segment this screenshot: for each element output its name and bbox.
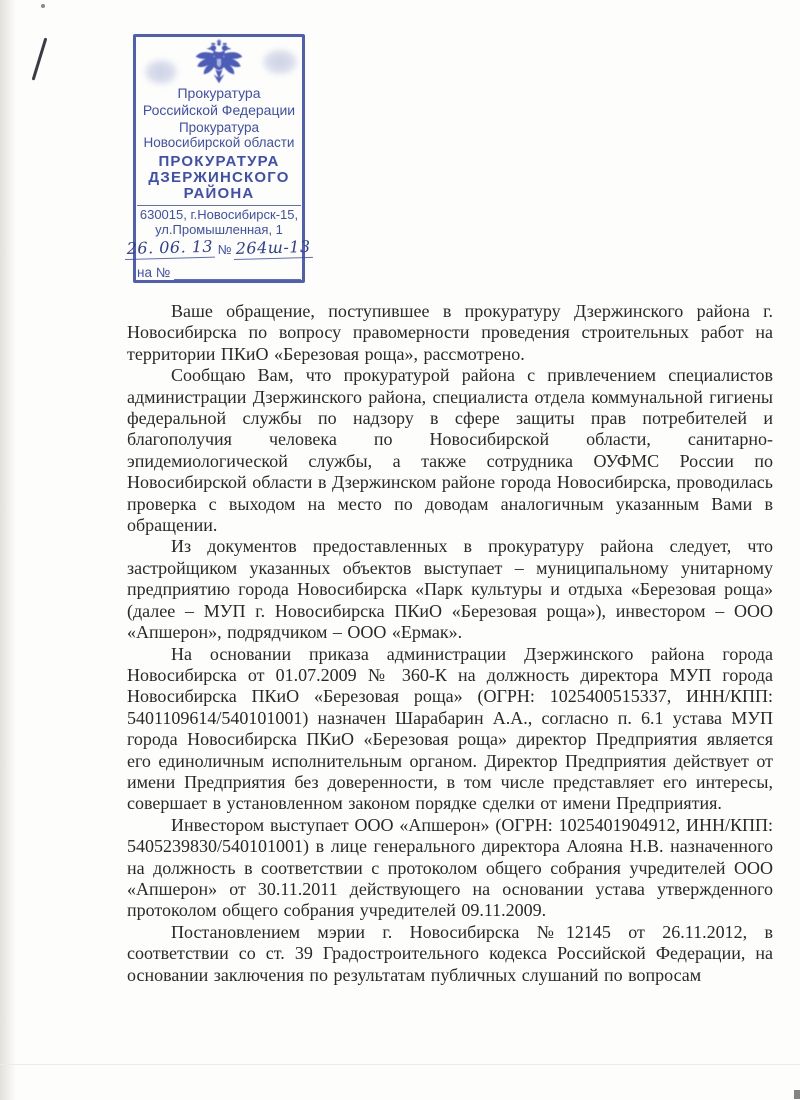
- handwritten-number: 264ш-13: [233, 238, 312, 260]
- stamp-org-line: Прокуратура: [179, 120, 259, 136]
- paragraph-4: На основании приказа администрации Дзерж…: [127, 644, 773, 815]
- stamp-dept-line: ДЗЕРЖИНСКОГО: [148, 170, 289, 186]
- double-headed-eagle-icon: [191, 39, 247, 85]
- stamp-dept-line: РАЙОНА: [184, 186, 255, 202]
- letter-body: Ваше обращение, поступившее в прокуратур…: [127, 301, 773, 986]
- handwritten-date: 26. 06. 13: [125, 238, 216, 260]
- stamp-org-line: Новосибирской области: [144, 135, 295, 151]
- scan-edge-shadow: [0, 0, 18, 1100]
- reference-label: на №: [137, 265, 174, 280]
- paragraph-3: Из документов предоставленных в прокурат…: [127, 536, 773, 643]
- paragraph-2: Сообщаю Вам, что прокуратурой района с п…: [127, 365, 773, 536]
- scan-artifact-corner: [794, 1090, 800, 1099]
- stamp-divider: [137, 205, 301, 206]
- stamp-reference-row: на №: [137, 263, 301, 280]
- scan-speck: [41, 4, 45, 8]
- stamp-smudge-left: [144, 59, 178, 85]
- stamp-dept-line: ПРОКУРАТУРА: [158, 154, 279, 170]
- stamp-date-number-row: 26. 06. 13 № 264ш-13: [136, 239, 302, 260]
- stamp-address-line: ул.Промышленная, 1: [155, 223, 283, 238]
- number-sign-label: №: [216, 242, 234, 260]
- scan-artifact-line: [0, 1064, 800, 1065]
- scanned-letter-page: Прокуратура Российской Федерации Прокура…: [0, 0, 800, 1100]
- pen-slash-mark: [32, 38, 47, 81]
- stamp-org-line: Российской Федерации: [143, 102, 295, 118]
- paragraph-6: Постановлением мэрии г. Новосибирска №12…: [127, 922, 773, 986]
- reference-blank-line: [174, 266, 301, 280]
- stamp-smudge-right: [262, 49, 298, 75]
- prosecutor-office-stamp: Прокуратура Российской Федерации Прокура…: [133, 34, 305, 283]
- paragraph-5: Инвестором выступает ООО «Апшерон» (ОГРН…: [127, 815, 773, 922]
- stamp-address-line: 630015, г.Новосибирск-15,: [140, 208, 298, 223]
- stamp-org-line: Прокуратура: [177, 86, 260, 102]
- paragraph-1: Ваше обращение, поступившее в прокуратур…: [127, 301, 773, 365]
